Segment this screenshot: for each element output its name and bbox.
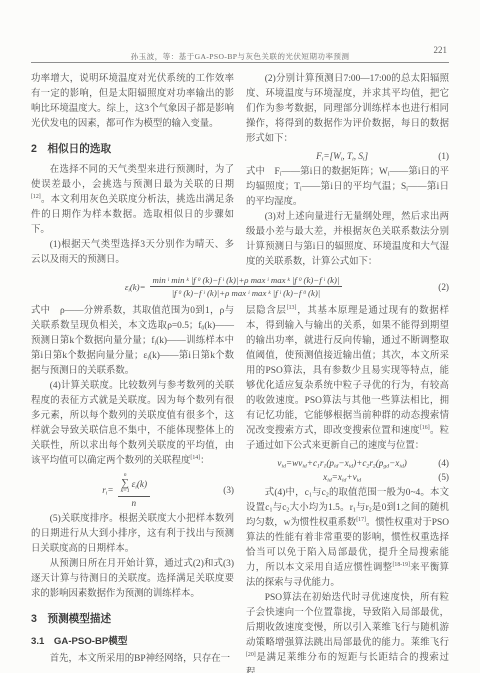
paragraph: 首先，本文所采用的BP神经网络，只存在一	[31, 652, 234, 667]
paragraph: 从预测日所在月开始计算，通过式(2)和式(3)逐天计算与待测日的关联度。选择满足…	[31, 557, 234, 602]
equation-2-lhs: εi(k)=	[125, 282, 146, 292]
paragraph: 层隐含层[13]，其基本原理是通过现有的数据样本，得到输入与输出的关系，如果不能…	[246, 304, 449, 454]
equation-5: xid=xid+vid (5)	[246, 472, 449, 482]
paragraph: (2)分别计算预测日7:00—17:00的总太阳辐照度、环境温度与环境湿度，并求…	[246, 72, 449, 147]
paper-page: 孙玉波，等：基于GA-PSO-BP与灰色关联的光伏短期功率预测 221 功率增大…	[0, 0, 480, 673]
section-heading-2: 2 相似日的选取	[31, 141, 234, 156]
page-number: 221	[434, 45, 448, 55]
equation-5-label: (5)	[438, 472, 449, 482]
equation-4-body: vid=wvid+c1r1(pid−xid)+c2r2(pgd−xid)	[277, 458, 406, 468]
left-column-bottom: 式中 ρ——分辨系数，其取值范围为0到1，ρ与关联系数呈现负相关，本文选取ρ=0…	[31, 304, 234, 673]
subsection-heading-3-1: 3.1 GA-PSO-BP模型	[31, 633, 234, 647]
paragraph: 式(4)中，c1与c2的取值范围一般为0~4。本文设置c1与c2大小均为1.5。…	[246, 486, 449, 591]
equation-2-fraction: mini mink|f0(k)−fi(k)|+ρ maxi maxk|f0(k)…	[150, 275, 343, 298]
top-columns: 功率增大，说明环境温度对光伏系统的工作效率有一定的影响，但是太阳辐照度对功率输出…	[31, 72, 449, 270]
equation-1-body: Fi=[Wi, Ti, Si]	[316, 151, 368, 161]
page-header: 孙玉波，等：基于GA-PSO-BP与灰色关联的光伏短期功率预测 221	[31, 46, 449, 59]
equation-1: Fi=[Wi, Ti, Si] (1)	[246, 151, 449, 161]
equation-2-label: (2)	[438, 282, 449, 292]
section-heading-3: 3 预测模型描述	[31, 611, 234, 626]
equation-3-numerator: εi(k)	[132, 479, 147, 489]
running-title: 孙玉波，等：基于GA-PSO-BP与灰色关联的光伏短期功率预测	[131, 52, 350, 61]
equation-3-fraction: n ∑ k=1 εi(k) n	[118, 473, 150, 508]
paragraph: (1)根据天气类型选择3天分别作为晴天、多云以及雨天的预测日。	[31, 238, 234, 268]
equation-2-numerator: mini mink|f0(k)−fi(k)|+ρ maxi maxk|f0(k)…	[150, 275, 343, 287]
paragraph: 式中 ρ——分辨系数，其取值范围为0到1，ρ与关联系数呈现负相关，本文选取ρ=0…	[31, 304, 234, 379]
equation-3-label: (3)	[223, 485, 234, 495]
bottom-columns: 式中 ρ——分辨系数，其取值范围为0到1，ρ与关联系数呈现负相关，本文选取ρ=0…	[31, 304, 449, 673]
equation-4: vid=wvid+c1r1(pid−xid)+c2r2(pgd−xid) (4)	[246, 458, 449, 468]
right-column-bottom: 层隐含层[13]，其基本原理是通过现有的数据样本，得到输入与输出的关系，如果不能…	[246, 304, 449, 673]
left-column-top: 功率增大，说明环境温度对光伏系统的工作效率有一定的影响，但是太阳辐照度对功率输出…	[31, 72, 234, 270]
header-rule	[31, 62, 449, 63]
equation-3-lhs: ri=	[102, 485, 113, 495]
paragraph: 在选择不同的天气类型来进行预测时，为了使误差最小，会挑选与预测日最为关联的日期[…	[31, 163, 234, 238]
paragraph: 式中 Fi——第i日的数据矩阵；Wi——第i日的平均辐照度；Ti——第i日的平均…	[246, 165, 449, 210]
equation-4-label: (4)	[438, 458, 449, 468]
equation-2: εi(k)= mini mink|f0(k)−fi(k)|+ρ maxi max…	[31, 275, 449, 298]
paragraph: (5)关联度排序。根据关联度大小把样本数列的日期进行从大到小排序，这有利于找出与…	[31, 512, 234, 557]
equation-1-label: (1)	[438, 151, 449, 161]
equation-2-denominator: |f0(k)−fi(k)|+ρ maxi maxk|fi(k)−f0(k)|	[169, 287, 324, 298]
paragraph: (4)计算关联度。比较数列与参考数列的关联程度的表征方式就是关联度。因为每个数列…	[31, 379, 234, 469]
paragraph: PSO算法在初始迭代时寻优速度快，所有粒子会快速向一个位置靠拢，导致陷入局部最优…	[246, 591, 449, 673]
equation-3: ri= n ∑ k=1 εi(k) n (3)	[31, 473, 234, 508]
right-column-top: (2)分别计算预测日7:00—17:00的总太阳辐照度、环境温度与环境湿度，并求…	[246, 72, 449, 270]
sigma-lower-limit: k=1	[121, 489, 130, 495]
paragraph: 功率增大，说明环境温度对光伏系统的工作效率有一定的影响，但是太阳辐照度对功率输出…	[31, 72, 234, 132]
equation-5-body: xid=xid+vid	[323, 472, 361, 482]
equation-3-denominator: n	[129, 497, 140, 508]
paragraph: (3)对上述向量进行无量纲处理，然后求出两级最小差与最大差，并根据灰色关联系数法…	[246, 210, 449, 270]
sigma-symbol: n ∑ k=1	[121, 473, 130, 495]
